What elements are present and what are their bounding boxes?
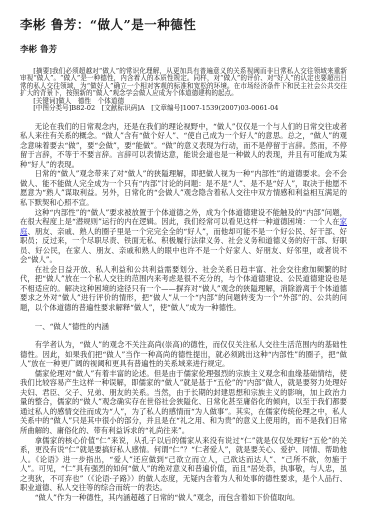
classification-line: [中图分类号]B82-02 [文献标识码]A [文章编号]1007-1539(2… xyxy=(20,105,347,113)
intro-paragraph-2: 日常的“做人”观念带来了对“做人”的狭隘理解，即把做人视为一种“内部性”的道德要… xyxy=(20,169,347,207)
section-1-heading: 一、“做人”德性的内涵 xyxy=(20,322,347,332)
section-1-paragraph-4: “做人”作为一种德性，其内涵超越了日常的“做人”观念，而包含着如下价值取向。 xyxy=(20,493,347,503)
abstract-text: [摘要]我们必须超越对“做人”的常识化理解，从更加具有普遍意义的关系视阈而非日常… xyxy=(20,68,347,98)
article-page: 李彬 鲁芳：“做人”是一种德性 李彬 鲁芳 [摘要]我们必须超越对“做人”的常识… xyxy=(0,0,365,516)
intro-paragraph-4: 在社会日益开放、私人利益和公共利益需要划分、社会关系日趋丰富、社会交往愈加频繁的… xyxy=(20,265,347,313)
section-1-paragraph-3: 拿儒家的核心价值“仁”来说，从孔子以后的儒家从来没有说过“仁”就是仅仅处理好“五… xyxy=(20,436,347,493)
frontmatter-block: [摘要]我们必须超越对“做人”的常识化理解，从更加具有普遍意义的关系视阈而非日常… xyxy=(20,68,347,113)
intro-paragraph-3-text-after: 、朋友、亲戚、熟人的圈子里是一个完完全全的“好人”，而他却可能不是一个好公民、好… xyxy=(20,227,347,265)
section-1-paragraph-2: 儒家伦理对“做人”有着丰富的论述。但是由于儒家伦理强烈的宗族主义观念和血缘基础情… xyxy=(20,369,347,436)
section-1-paragraph-1: 有学者认为，“做人”的观念不关注高尚(崇高)的德性，而仅仅关注私人交往生活范围内… xyxy=(20,340,347,369)
page-title: 李彬 鲁芳：“做人”是一种德性 xyxy=(20,17,347,33)
intro-paragraph-1: 无论在我们的日常观念内，还是在我们的理论视野中，“做人”仅仅是一个与人们的日常交… xyxy=(20,122,347,170)
author-line: 李彬 鲁芳 xyxy=(20,43,347,55)
intro-paragraph-3-text-before: 这种“内部性”的“做人”要求被放置于个体道德之外，成为个体道德建设不能触及的“内… xyxy=(20,208,347,227)
article-body: 无论在我们的日常观念内，还是在我们的理论视野中，“做人”仅仅是一个与人们的日常交… xyxy=(20,122,347,503)
intro-paragraph-3: 这种“内部性”的“做人”要求被放置于个体道德之外，成为个体道德建设不能触及的“内… xyxy=(20,208,347,265)
